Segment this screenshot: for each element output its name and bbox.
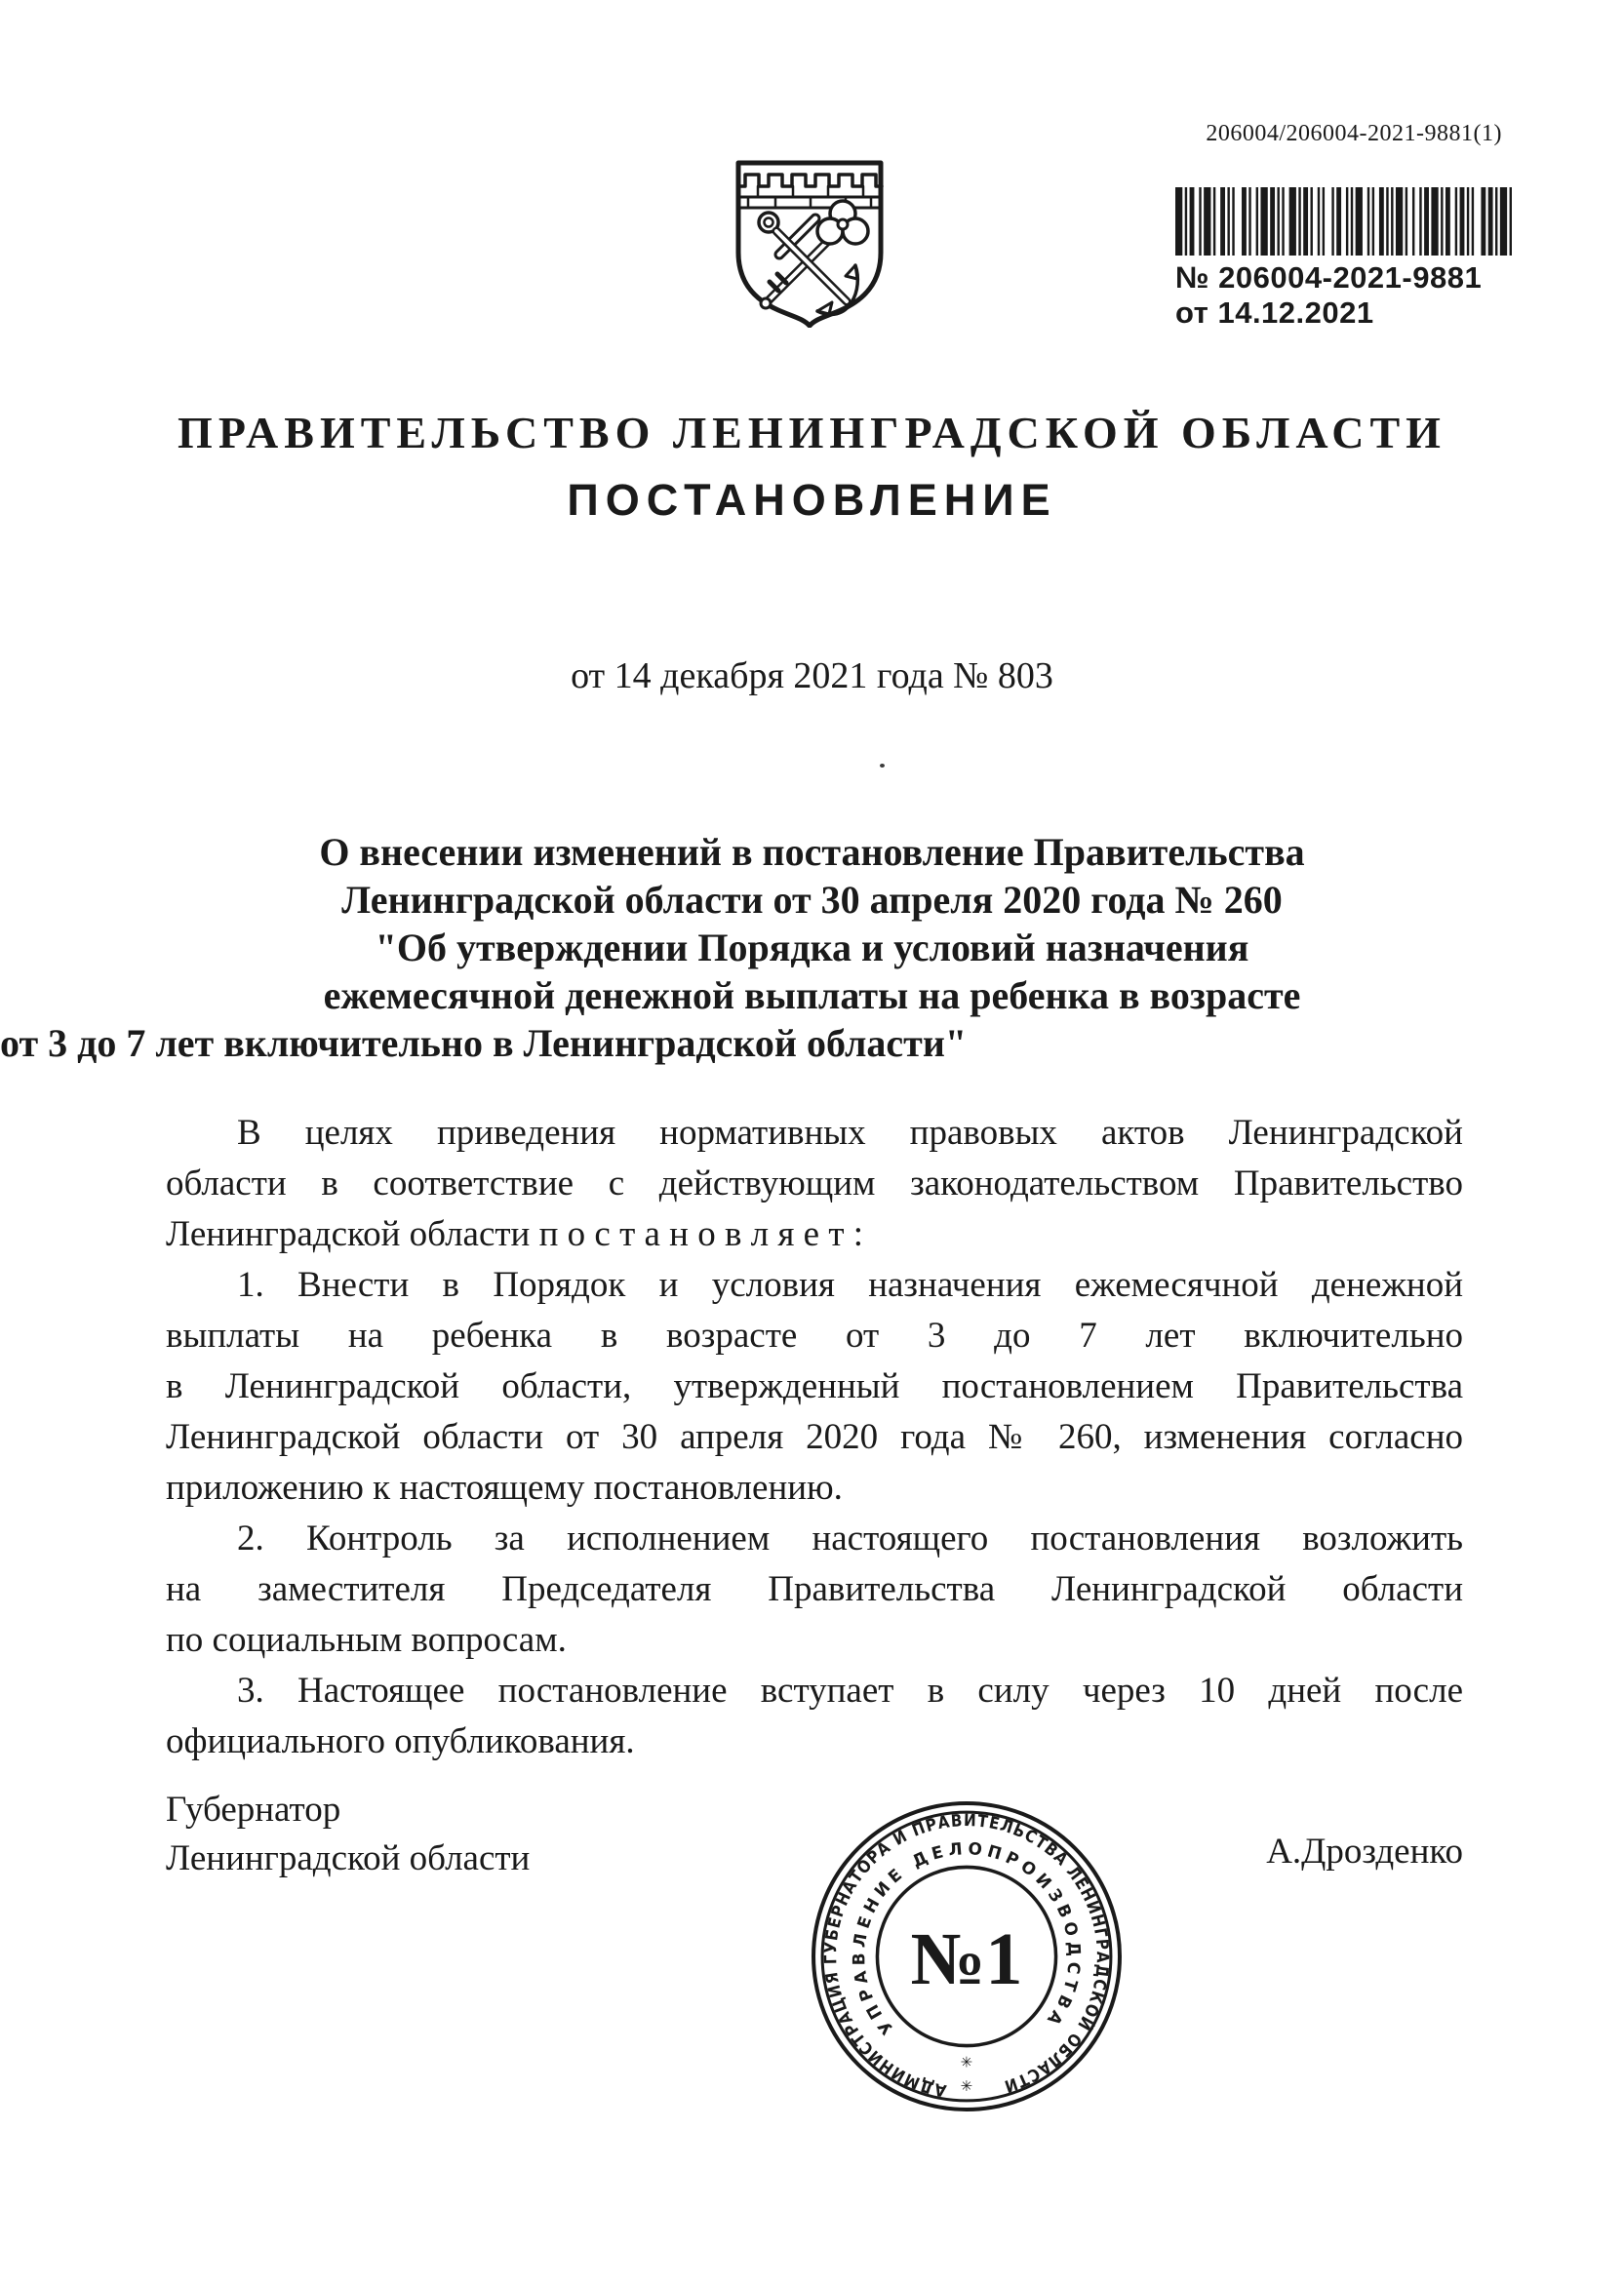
text-line: Ленинградской области от 30 апреля 2020 … [0, 876, 1624, 924]
coat-of-arms-icon [733, 158, 886, 328]
signature-role-line: Ленинградской области [166, 1834, 530, 1883]
official-round-seal: АДМИНИСТРАЦИЯ ГУБЕРНАТОРА И ПРАВИТЕЛЬСТВ… [810, 1799, 1124, 2113]
paragraph-preamble: В целях приведения нормативных правовых … [166, 1108, 1463, 1260]
text-line: по социальным вопросам. [166, 1615, 1463, 1666]
document-reference-number: 206004/206004-2021-9881(1) [1206, 121, 1502, 147]
paragraph-item-2: 2. Контроль за исполнением настоящего по… [166, 1514, 1463, 1666]
text-line: на заместителя Председателя Правительств… [166, 1564, 1463, 1615]
text-line: 3. Настоящее постановление вступает в си… [166, 1666, 1463, 1716]
text-line: от 3 до 7 лет включительно в Ленинградск… [0, 1019, 1624, 1067]
subject-heading: О внесении изменений в постановление Пра… [0, 828, 1624, 1067]
text-line: приложению к настоящему постановлению. [166, 1463, 1463, 1514]
text-line: 2. Контроль за исполнением настоящего по… [166, 1514, 1463, 1564]
signature-position: Губернатор Ленинградской области [166, 1786, 530, 1883]
paragraph-item-1: 1. Внести в Порядок и условия назначения… [166, 1260, 1463, 1514]
seal-star-icon: ✳ [961, 2056, 973, 2071]
issuing-authority-title: ПРАВИТЕЛЬСТВО ЛЕНИНГРАДСКОЙ ОБЛАСТИ [0, 407, 1624, 458]
seal-star-icon: ✳ [961, 2079, 973, 2095]
body-text: В целях приведения нормативных правовых … [166, 1108, 1463, 1767]
text-line: области в соответствие с действующим зак… [166, 1159, 1463, 1209]
registration-number: № 206004-2021-9881 [1175, 260, 1515, 296]
document-date-number: от 14 декабря 2021 года № 803 [0, 654, 1624, 697]
signature-name: А.Дрозденко [1266, 1831, 1463, 1873]
document-type-title: ПОСТАНОВЛЕНИЕ [0, 475, 1624, 526]
registration-date: от 14.12.2021 [1175, 296, 1515, 331]
paragraph-item-3: 3. Настоящее постановление вступает в си… [166, 1666, 1463, 1767]
document-page: 206004/206004-2021-9881(1) № 206004-2021… [0, 0, 1624, 2288]
text-line: официального опубликования. [166, 1716, 1463, 1767]
text-line: выплаты на ребенка в возрасте от 3 до 7 … [166, 1311, 1463, 1361]
scan-artifact-dot [880, 764, 885, 768]
seal-center-number: №1 [910, 1917, 1022, 2000]
signature-role-line: Губернатор [166, 1786, 530, 1834]
registration-block: № 206004-2021-9881 от 14.12.2021 [1175, 187, 1515, 331]
text-line: Ленинградской области п о с т а н о в л … [166, 1209, 1463, 1260]
text-line: Ленинградской области от 30 апреля 2020 … [166, 1412, 1463, 1463]
text-line: в Ленинградской области, утвержденный по… [166, 1361, 1463, 1412]
text-line: "Об утверждении Порядка и условий назнач… [0, 924, 1624, 971]
text-line: О внесении изменений в постановление Пра… [0, 828, 1624, 876]
barcode-icon [1175, 187, 1512, 256]
text-line: В целях приведения нормативных правовых … [166, 1108, 1463, 1159]
text-line: 1. Внести в Порядок и условия назначения… [166, 1260, 1463, 1311]
text-line: ежемесячной денежной выплаты на ребенка … [0, 971, 1624, 1019]
